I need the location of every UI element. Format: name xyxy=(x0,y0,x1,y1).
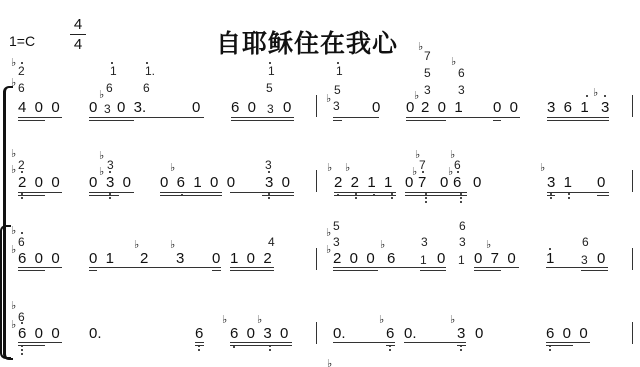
flat-icon: ♭ xyxy=(451,57,456,68)
octave-dot-below xyxy=(109,171,111,173)
note: 0 6 1 0 0 xyxy=(160,175,235,190)
note: 0. xyxy=(333,326,346,341)
octave-dot-below xyxy=(21,353,23,355)
flat-icon: ♭ xyxy=(170,240,175,251)
octave-dot-below xyxy=(460,197,462,199)
beam-underline xyxy=(230,342,292,343)
chord-tone: 3 xyxy=(265,159,272,171)
note: 0 xyxy=(89,100,97,115)
beam-underline xyxy=(134,117,204,118)
chord-tone: 3 xyxy=(421,236,428,248)
octave-dot-below xyxy=(233,346,235,348)
octave-dot-below xyxy=(425,201,427,203)
beam-underline xyxy=(474,267,519,268)
octave-dot-below xyxy=(425,197,427,199)
note: 0 xyxy=(475,326,483,341)
note: 0 xyxy=(597,175,605,190)
flat-icon: ♭ xyxy=(450,315,455,326)
flat-icon: ♭ xyxy=(134,240,139,251)
system-bracket-icon xyxy=(0,225,11,359)
chord-tone: 3 xyxy=(459,236,466,248)
flat-icon: ♭ xyxy=(415,150,420,161)
beam-underline xyxy=(547,195,555,196)
barline xyxy=(316,322,317,344)
octave-dot-below xyxy=(268,197,270,199)
note: 1 xyxy=(546,251,554,266)
note: 2 0 1 xyxy=(421,100,463,115)
time-signature-top: 4 xyxy=(74,16,82,33)
chord-tone: 6 xyxy=(18,236,25,248)
beam-underline xyxy=(546,267,608,268)
flat-icon: ♭ xyxy=(326,245,331,256)
flat-icon: ♭ xyxy=(99,151,104,162)
octave-dot-above xyxy=(269,62,271,64)
octave-dot-below xyxy=(21,197,23,199)
barline xyxy=(632,248,633,270)
chord-tone: 3 xyxy=(458,84,465,96)
note: 0 xyxy=(437,251,445,266)
beam-underline xyxy=(89,120,134,121)
note: 0 xyxy=(212,251,220,266)
note: 0 xyxy=(597,251,605,266)
note: 2 xyxy=(140,251,148,266)
note: 0 xyxy=(372,100,380,115)
chord-tone: 6 xyxy=(459,220,466,232)
note: 4 0 0 xyxy=(18,100,60,115)
beam-underline xyxy=(160,192,222,193)
flat-icon: ♭ xyxy=(486,240,491,251)
octave-dot-below xyxy=(550,197,552,199)
octave-dot-below xyxy=(21,171,23,173)
flat-icon: ♭ xyxy=(326,228,331,239)
note: 0 3. 0 xyxy=(117,100,200,115)
octave-dot-below xyxy=(457,171,459,173)
octave-dot-below xyxy=(422,171,424,173)
octave-dot-above xyxy=(549,248,551,250)
flat-icon: ♭ xyxy=(414,91,419,102)
note: 3 0 xyxy=(106,175,131,190)
octave-dot-below xyxy=(21,322,23,324)
note: 1 xyxy=(420,254,427,266)
beam-underline xyxy=(547,120,609,121)
beam-underline xyxy=(212,270,221,271)
beam-underline xyxy=(334,192,396,193)
flat-icon: ♭ xyxy=(99,167,104,178)
flat-icon: ♭ xyxy=(380,240,385,251)
beam-underline xyxy=(333,120,342,121)
chord-tone: 5 xyxy=(334,84,341,96)
beam-underline xyxy=(18,192,62,193)
note: 6 xyxy=(386,326,394,341)
octave-dot-below xyxy=(198,349,200,351)
flat-icon: ♭ xyxy=(11,226,16,237)
flat-icon: ♭ xyxy=(257,315,262,326)
time-signature-divider xyxy=(70,34,86,35)
note: 6 0 xyxy=(231,100,256,115)
note: 3 6 1 xyxy=(547,100,589,115)
octave-dot-above xyxy=(146,62,148,64)
chord-tone: 1 xyxy=(110,65,117,77)
note: 0 xyxy=(89,175,97,190)
chord-tone: 5 xyxy=(424,67,431,79)
note: 3 xyxy=(333,100,340,112)
note: 6 xyxy=(195,326,203,341)
note: 3 0 xyxy=(265,175,290,190)
beam-underline xyxy=(18,342,62,343)
note: 6 xyxy=(387,251,395,266)
chord-tone: 3 xyxy=(424,84,431,96)
note: 6 0 3 0 xyxy=(230,326,288,341)
beam-underline xyxy=(406,120,446,121)
octave-dot-below xyxy=(268,171,270,173)
beam-underline xyxy=(547,192,609,193)
beam-underline xyxy=(333,267,446,268)
barline xyxy=(316,248,317,270)
flat-icon: ♭ xyxy=(170,163,175,174)
note: 3 xyxy=(601,100,609,115)
beam-underline xyxy=(89,267,221,268)
beam-underline xyxy=(457,345,466,346)
octave-dot-below xyxy=(389,349,391,351)
chord-tone: 2 xyxy=(18,159,25,171)
beam-underline xyxy=(89,270,97,271)
note: 3 xyxy=(267,103,274,115)
beam-underline xyxy=(195,342,204,343)
beam-underline xyxy=(231,120,294,121)
beam-underline xyxy=(230,267,274,268)
chord-tone: 3 xyxy=(107,159,114,171)
beam-underline xyxy=(546,345,573,346)
flat-icon: ♭ xyxy=(327,163,332,174)
note: 0 xyxy=(283,100,291,115)
barline xyxy=(632,170,633,192)
beam-underline xyxy=(404,342,466,343)
barline xyxy=(632,322,633,344)
beam-underline xyxy=(405,195,467,196)
chord-tone: 6 xyxy=(458,67,465,79)
beam-underline xyxy=(18,270,45,271)
note: 0. xyxy=(89,326,102,341)
chord-tone: 4 xyxy=(268,236,275,248)
flat-icon: ♭ xyxy=(11,245,16,256)
note: 2 0 0 xyxy=(333,251,375,266)
beam-underline xyxy=(89,195,119,196)
note: 0 xyxy=(406,100,414,115)
beam-underline xyxy=(333,342,395,343)
chord-tone: 6 xyxy=(582,236,589,248)
note: 3 xyxy=(176,251,184,266)
note: 3 xyxy=(457,326,465,341)
octave-dot-below xyxy=(549,349,551,351)
octave-dot-below xyxy=(568,193,570,195)
beam-underline xyxy=(18,267,62,268)
barline xyxy=(316,95,317,117)
octave-dot-below xyxy=(460,201,462,203)
note: 0 7 0 xyxy=(474,251,516,266)
flat-icon: ♭ xyxy=(11,149,16,160)
beam-underline xyxy=(231,117,294,118)
note: 3 1 xyxy=(547,175,572,190)
flat-icon: ♭ xyxy=(11,301,16,312)
note: 6 0 0 xyxy=(18,326,60,341)
time-signature-bottom: 4 xyxy=(74,36,82,53)
song-title: 自耶稣住在我心 xyxy=(216,24,398,60)
flat-icon: ♭ xyxy=(593,88,598,99)
beam-underline xyxy=(89,192,134,193)
note: 6 xyxy=(453,175,461,190)
flat-icon: ♭ xyxy=(99,90,104,101)
beam-underline xyxy=(230,345,292,346)
beam-underline xyxy=(547,117,609,118)
octave-dot-below xyxy=(269,349,271,351)
octave-dot-above xyxy=(111,62,113,64)
beam-underline xyxy=(195,345,204,346)
flat-icon: ♭ xyxy=(345,163,350,174)
note: 1 xyxy=(458,254,465,266)
octave-dot-above xyxy=(586,95,588,97)
note: 0. xyxy=(404,326,417,341)
beam-underline xyxy=(546,342,590,343)
beam-underline xyxy=(474,270,501,271)
beam-underline xyxy=(230,192,294,193)
beam-underline xyxy=(262,195,294,196)
note: 2 0 0 xyxy=(18,175,60,190)
beam-underline xyxy=(334,195,396,196)
beam-underline xyxy=(386,345,395,346)
chord-tone: 6 xyxy=(18,82,25,94)
flat-icon: ♭ xyxy=(11,320,16,331)
note: 6 0 0 xyxy=(546,326,588,341)
beam-underline xyxy=(597,195,609,196)
flat-icon: ♭ xyxy=(450,150,455,161)
octave-dot-below xyxy=(460,349,462,351)
chord-tone: 6 xyxy=(143,82,150,94)
beam-underline xyxy=(581,270,608,271)
note: 1 0 2 xyxy=(230,251,272,266)
beam-underline xyxy=(18,120,45,121)
beam-underline xyxy=(18,117,62,118)
flat-icon: ♭ xyxy=(11,58,16,69)
note: 3 xyxy=(581,254,588,266)
beam-underline xyxy=(18,195,45,196)
beam-underline xyxy=(406,117,501,118)
time-signature: 4 4 xyxy=(70,16,86,53)
barline xyxy=(316,170,317,192)
flat-icon: ♭ xyxy=(11,78,16,89)
chord-tone: 5 xyxy=(333,220,340,232)
beam-underline xyxy=(333,117,379,118)
octave-dot-above xyxy=(21,232,23,234)
octave-dot-below xyxy=(109,197,111,199)
flat-icon: ♭ xyxy=(326,94,331,105)
beam-underline xyxy=(405,192,467,193)
octave-dot-below xyxy=(568,197,570,199)
octave-dot-below xyxy=(355,197,357,199)
note: 0 xyxy=(473,175,481,190)
octave-dot-below xyxy=(21,349,23,351)
octave-dot-above xyxy=(337,62,339,64)
chord-tone: 1 xyxy=(268,65,275,77)
flat-icon: ♭ xyxy=(11,165,16,176)
beam-underline xyxy=(18,345,45,346)
beam-underline xyxy=(89,117,134,118)
note: 2 2 1 1 xyxy=(334,175,392,190)
flat-icon: ♭ xyxy=(379,315,384,326)
beam-underline xyxy=(493,120,501,121)
chord-tone: 1. xyxy=(145,65,155,77)
chord-tone: 5 xyxy=(266,82,273,94)
note: 3 xyxy=(104,103,111,115)
note: 6 0 0 xyxy=(18,251,60,266)
octave-dot-above xyxy=(604,95,606,97)
chord-tone: 3 xyxy=(333,236,340,248)
octave-dot-below xyxy=(391,197,393,199)
note: 0 1 xyxy=(89,251,114,266)
key-signature: 1=C xyxy=(9,33,35,49)
flat-icon: ♭ xyxy=(222,315,227,326)
note: 0 0 xyxy=(493,100,518,115)
chord-tone: 2 xyxy=(18,65,25,77)
beam-underline xyxy=(160,195,222,196)
chord-tone: 7 xyxy=(424,50,431,62)
beam-underline xyxy=(493,117,520,118)
note: 7 xyxy=(418,175,426,190)
beam-underline xyxy=(230,270,274,271)
chord-tone: 1 xyxy=(336,65,343,77)
flat-icon: ♭ xyxy=(418,42,423,53)
barline xyxy=(632,95,633,117)
chord-tone: 6 xyxy=(106,82,113,94)
beam-underline xyxy=(420,270,446,271)
beam-underline xyxy=(333,270,378,271)
flat-icon: ♭ xyxy=(540,163,545,174)
octave-dot-above xyxy=(21,62,23,64)
flat-icon: ♭ xyxy=(412,167,417,178)
flat-icon: ♭ xyxy=(448,167,453,178)
flat-icon: ♭ xyxy=(327,359,332,367)
